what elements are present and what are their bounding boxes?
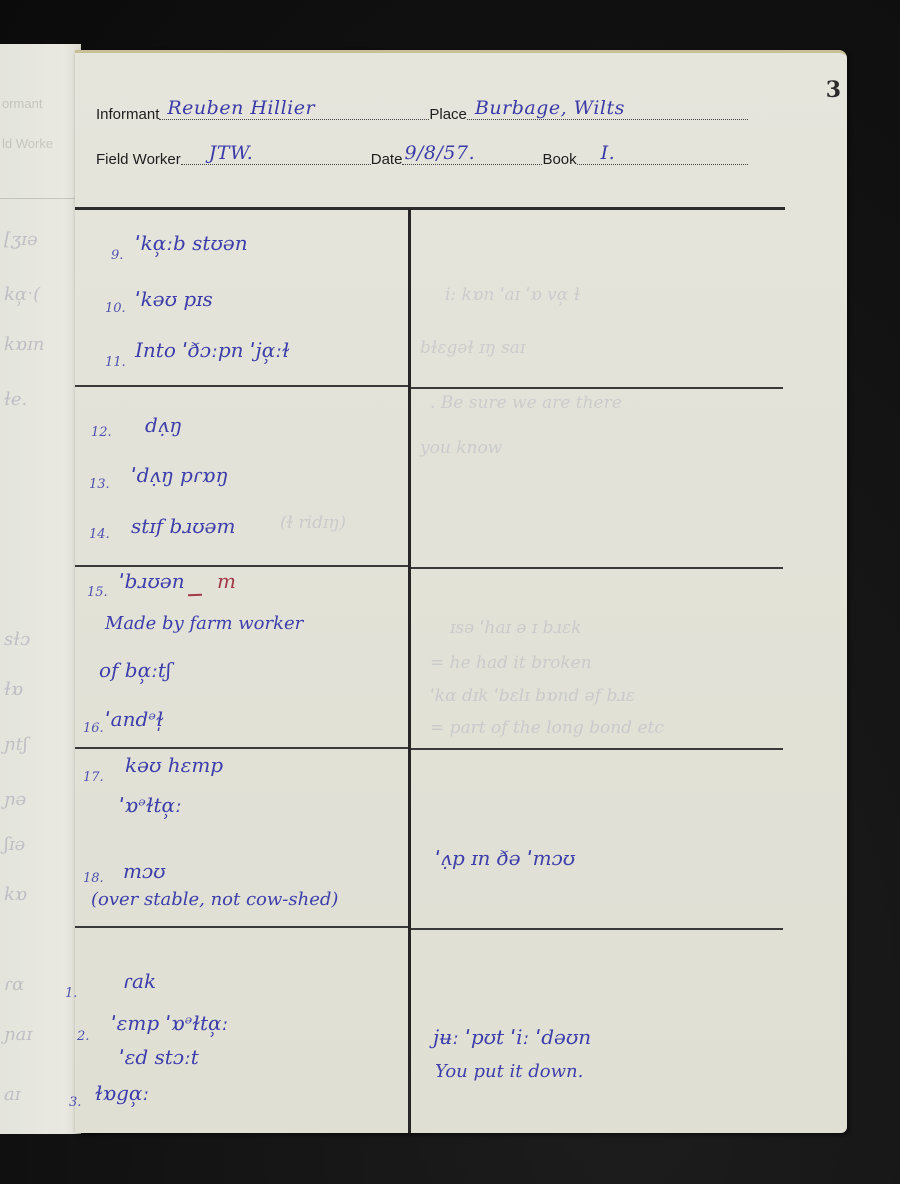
correction-underline bbox=[188, 594, 202, 596]
date-label: Date bbox=[371, 151, 403, 168]
notebook-page: 3 Informant Reuben Hillier Place Burbage… bbox=[75, 50, 847, 1133]
bleed-through-text: i: kɒn ˈaɪ ˈɒ vɑ̹ ɫ bbox=[445, 285, 580, 305]
transcription-entry: mɔʊ bbox=[123, 859, 166, 883]
item-number: 10. bbox=[105, 301, 126, 316]
transcription-entry: ˈkəʊ pɪs bbox=[135, 287, 213, 311]
transcription-entry: ɫɒgɑ̹ː bbox=[95, 1081, 149, 1105]
item-number: 17. bbox=[83, 770, 104, 785]
book-label: Book bbox=[542, 151, 576, 168]
bleed-through-text: (ɫ ridɪŋ) bbox=[280, 513, 346, 533]
item-number: 11. bbox=[105, 355, 126, 370]
item-number: 2. bbox=[77, 1029, 89, 1044]
previous-page-handwriting: aɪ bbox=[4, 1084, 21, 1105]
gloss-note: (over stable, not cow-shed) bbox=[91, 889, 338, 910]
informant-label: Informant bbox=[96, 106, 159, 123]
item-number: 16. bbox=[83, 721, 104, 736]
transcription-entry: ˈandᵊɫ̩ bbox=[105, 707, 164, 731]
previous-page-handwriting: ɫɒ bbox=[4, 679, 23, 700]
previous-page-handwriting: ɲaɪ bbox=[4, 1024, 32, 1045]
transcription-entry: ɾak bbox=[123, 969, 156, 993]
item-number: 13. bbox=[89, 477, 110, 492]
place-value: Burbage, Wilts bbox=[475, 97, 625, 119]
correction-mark: m bbox=[217, 569, 236, 593]
item-number: 9. bbox=[111, 248, 123, 263]
transcription-entry: ˈdʌ̣ŋ pɾɒŋ bbox=[131, 463, 228, 487]
item-number: 3. bbox=[69, 1095, 81, 1110]
bleed-through-text: ˈkɑ dɪk ˈbɛlɪ bɒnd əf bɹɛ bbox=[430, 686, 635, 706]
section-divider bbox=[411, 387, 783, 389]
transcription-entry: dʌ̣ŋ bbox=[145, 413, 182, 437]
gloss-note: of bɑ̹ːtʃ bbox=[99, 658, 171, 682]
previous-page-field-worker-label: ld Worke bbox=[2, 136, 53, 151]
section-divider bbox=[75, 747, 408, 749]
section-divider bbox=[411, 567, 783, 569]
right-column-translation: You put it down. bbox=[435, 1061, 583, 1082]
item-number: 18. bbox=[83, 871, 104, 886]
bleed-through-text: bɫɛgəɫ ɪŋ saɪ bbox=[420, 338, 525, 358]
previous-page-handwriting: kɒɪn bbox=[4, 334, 44, 355]
informant-line: Reuben Hillier bbox=[159, 105, 429, 120]
section-divider bbox=[75, 565, 408, 567]
date-line: 9/8/57. bbox=[402, 150, 542, 165]
item-number: 12. bbox=[91, 425, 112, 440]
bleed-through-text: ɪsə ˈhaɪ ə ɪ bɹɛk bbox=[450, 618, 581, 638]
transcription-entry: Into ˈðɔːpn ˈjɑ̹ːɫ bbox=[135, 338, 290, 362]
previous-page-rule bbox=[0, 198, 80, 199]
transcription-entry: ˈɛd stɔːt bbox=[119, 1045, 199, 1069]
section-divider bbox=[411, 928, 783, 930]
previous-page-handwriting: kɑ̹ˑ( bbox=[4, 284, 40, 305]
header-divider bbox=[75, 207, 785, 210]
section-divider bbox=[411, 748, 783, 750]
transcription-entry: kəʊ hɛmp bbox=[125, 753, 223, 777]
previous-page-edge: ormant ld Worke [ʒɪə kɑ̹ˑ( kɒɪn ɫe. sɫɔ … bbox=[0, 44, 81, 1134]
field-worker-field: Field Worker JTW. Date 9/8/57. Book I. bbox=[96, 150, 748, 168]
previous-page-handwriting: [ʒɪə bbox=[4, 229, 38, 250]
book-value: I. bbox=[601, 142, 616, 164]
previous-page-handwriting: ɲə bbox=[4, 789, 26, 810]
transcription-entry: ˈbɹʊən bbox=[119, 569, 185, 593]
item-number: 15. bbox=[87, 585, 108, 600]
transcription-entry: ˈɛmp ˈɒᵊɫtɑ̹ː bbox=[111, 1011, 228, 1035]
previous-page-handwriting: ɾɑ bbox=[4, 974, 24, 995]
gloss-note: Made by farm worker bbox=[105, 613, 303, 634]
transcription-entry: stɪf bɹʊəm bbox=[131, 514, 235, 538]
field-worker-line: JTW. bbox=[181, 150, 371, 165]
right-column-entry: ˈʌ̣p ɪn ðə ˈmɔʊ bbox=[435, 846, 575, 870]
book-line: I. bbox=[577, 150, 748, 165]
transcription-entry: ˈkɑ̹ːb stʊən bbox=[135, 231, 248, 255]
previous-page-handwriting: kɒ bbox=[4, 884, 27, 905]
previous-page-handwriting: ɫe. bbox=[4, 389, 27, 410]
item-number: 1. bbox=[65, 986, 77, 1001]
bleed-through-text: = part of the long bond etc bbox=[430, 718, 664, 738]
section-divider bbox=[75, 385, 408, 387]
date-value: 9/8/57. bbox=[404, 142, 475, 164]
previous-page-informant-label: ormant bbox=[2, 96, 42, 111]
section-divider bbox=[75, 926, 408, 928]
place-label: Place bbox=[429, 106, 467, 123]
bleed-through-text: you know bbox=[420, 438, 502, 458]
page-number: 3 bbox=[826, 77, 841, 103]
informant-value: Reuben Hillier bbox=[167, 97, 315, 119]
previous-page-handwriting: sɫɔ bbox=[4, 629, 30, 650]
transcription-entry: ˈɒᵊɫtɑ̹ː bbox=[119, 793, 182, 817]
bleed-through-text: . Be sure we are there bbox=[430, 393, 622, 413]
previous-page-handwriting: ɲtʃ bbox=[4, 734, 28, 755]
right-column-entry: jʉː ˈpʊt ˈiː ˈdəʊn bbox=[433, 1025, 591, 1049]
column-divider bbox=[408, 209, 411, 1133]
informant-field: Informant Reuben Hillier Place Burbage, … bbox=[96, 105, 748, 123]
item-number: 14. bbox=[89, 527, 110, 542]
field-worker-label: Field Worker bbox=[96, 151, 181, 168]
bleed-through-text: = he had it broken bbox=[430, 653, 592, 673]
place-line: Burbage, Wilts bbox=[467, 105, 748, 120]
field-worker-value: JTW. bbox=[209, 142, 254, 164]
previous-page-handwriting: ʃɪə bbox=[4, 834, 25, 855]
